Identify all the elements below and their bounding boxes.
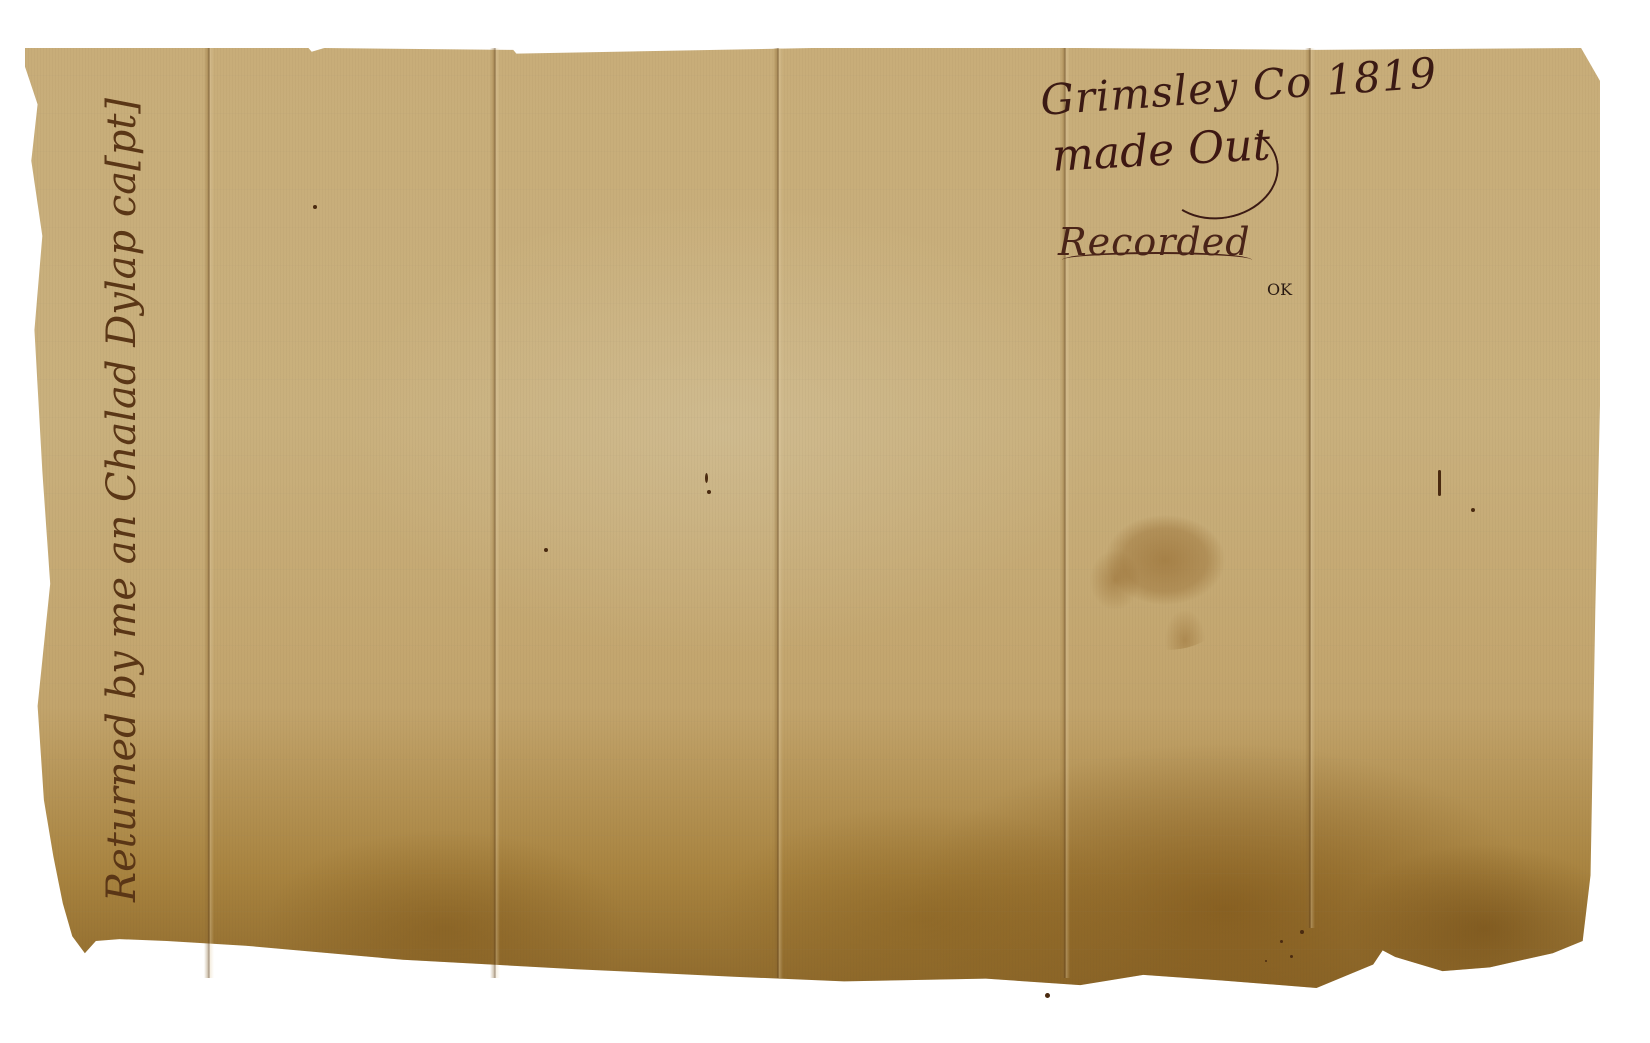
ink-speck: [1045, 993, 1050, 998]
paper-sheet: [25, 48, 1600, 988]
ink-speck: [1290, 955, 1293, 958]
paper-fold: [204, 48, 214, 978]
ink-speck: [1471, 508, 1475, 512]
document-scan: Grimsley Co 1819 made Out Recorded OK Re…: [0, 0, 1650, 1043]
ok-mark: OK: [1267, 280, 1292, 299]
paper-fold: [1060, 48, 1070, 978]
paper-fold: [773, 48, 783, 978]
paper-fold: [490, 48, 500, 978]
ink-speck: [1438, 470, 1441, 496]
ink-speck: [1265, 960, 1267, 962]
ink-speck: [313, 205, 317, 209]
ink-speck: [1300, 930, 1304, 934]
ink-speck: [705, 473, 708, 483]
recorded-underline: [1062, 252, 1252, 268]
ink-speck: [544, 548, 548, 552]
ink-speck: [707, 490, 711, 494]
vertical-return-note: Returned by me an Chalad Dylap ca[pt]: [99, 98, 145, 902]
ink-speck: [1280, 940, 1283, 943]
paper-fold: [1305, 48, 1315, 928]
